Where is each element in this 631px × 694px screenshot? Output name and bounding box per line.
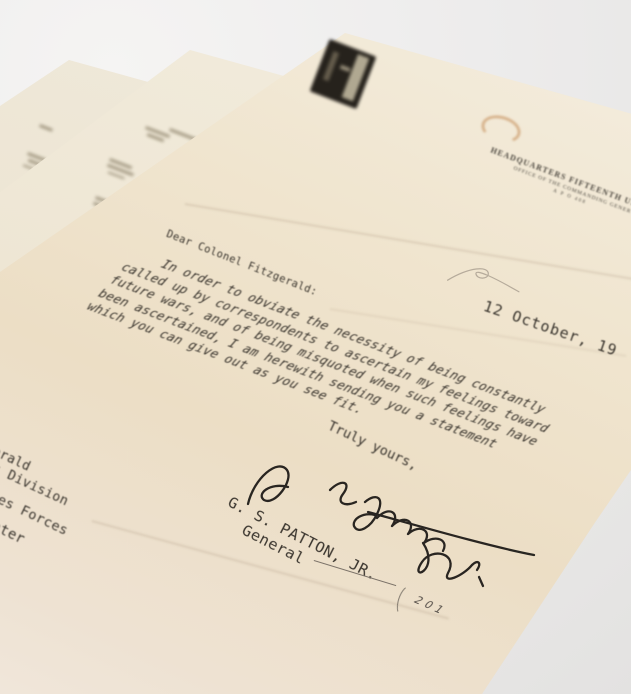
photo-of-patton-letter: HEADQUARTERS FIFTEENTH UNITED OFFICE OF … [0,0,631,694]
